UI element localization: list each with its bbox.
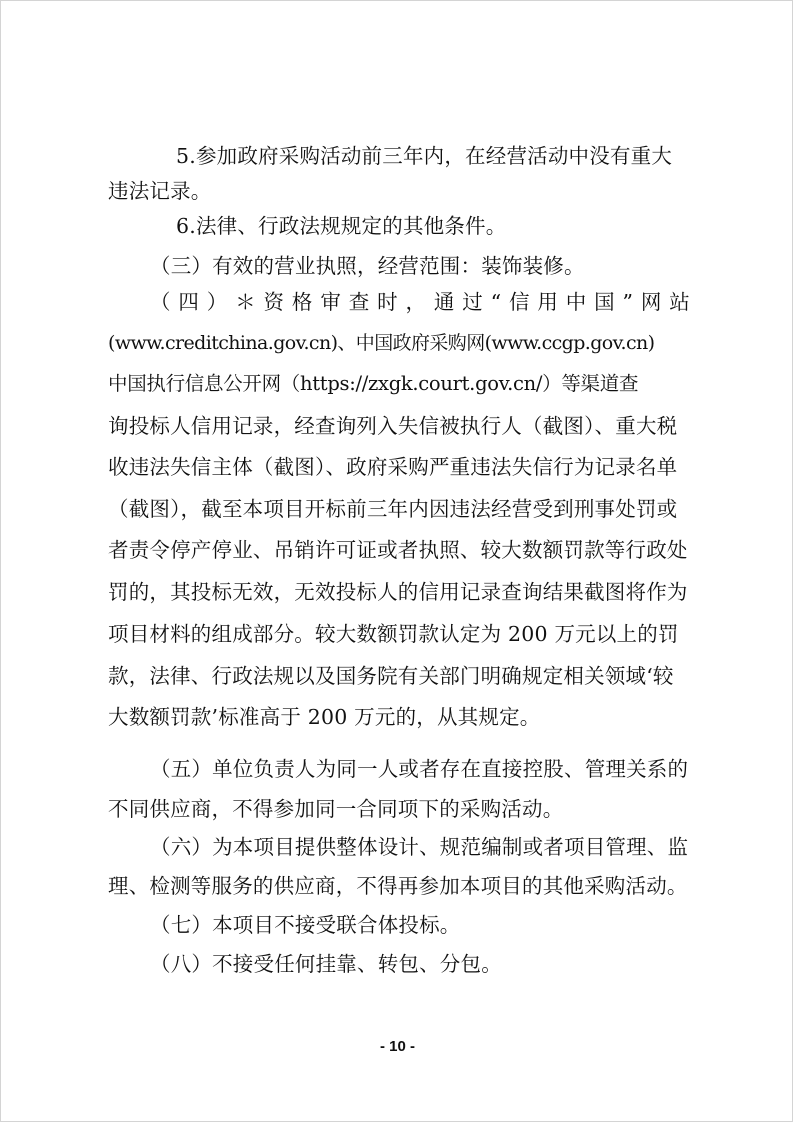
text-line-4: （三）有效的营业执照，经营范围：装饰装修。 — [150, 252, 690, 280]
text-line-8: 询投标人信用记录，经查询列入失信被执行人（截图）、重大税 — [108, 412, 690, 440]
text-line-19: 理、检测等服务的供应商，不得再参加本项目的其他采购活动。 — [108, 872, 690, 900]
text-line-16: （五）单位负责人为同一人或者存在直接控股、管理关系的 — [150, 755, 690, 783]
text-line-15: 大数额罚款’标准高于 200 万元的，从其规定。 — [108, 703, 690, 731]
text-line-5: （四）＊资格审查时，通过“信用中国”网站 — [150, 288, 690, 316]
text-line-18: （六）为本项目提供整体设计、规范编制或者项目管理、监 — [150, 833, 690, 861]
text-line-10: （截图），截至本项目开标前三年内因违法经营受到刑事处罚或 — [108, 495, 690, 523]
text-line-21: （八）不接受任何挂靠、转包、分包。 — [150, 950, 690, 978]
text-line-7: 中国执行信息公开网（https://zxgk.court.gov.cn/）等渠道… — [108, 370, 690, 398]
text-line-17: 不同供应商，不得参加同一合同项下的采购活动。 — [108, 795, 690, 823]
page-number: - 10 - — [1, 1038, 793, 1055]
text-line-11: 者责令停产停业、吊销许可证或者执照、较大数额罚款等行政处 — [108, 536, 690, 564]
text-line-13: 项目材料的组成部分。较大数额罚款认定为 200 万元以上的罚 — [108, 620, 690, 648]
text-line-12: 罚的，其投标无效，无效投标人的信用记录查询结果截图将作为 — [108, 578, 690, 606]
text-line-1: 5.参加政府采购活动前三年内，在经营活动中没有重大 — [176, 142, 690, 170]
text-line-14: 款，法律、行政法规以及国务院有关部门明确规定相关领域‘较 — [108, 662, 690, 690]
text-line-3: 6.法律、行政法规规定的其他条件。 — [176, 212, 690, 240]
text-line-2: 违法记录。 — [108, 177, 690, 205]
text-line-20: （七）本项目不接受联合体投标。 — [150, 911, 690, 939]
text-line-6: (www.creditchina.gov.cn)、中国政府采购网(www.ccg… — [108, 329, 690, 357]
document-page: 5.参加政府采购活动前三年内，在经营活动中没有重大 违法记录。 6.法律、行政法… — [0, 0, 793, 1122]
text-line-9: 收违法失信主体（截图）、政府采购严重违法失信行为记录名单 — [108, 453, 690, 481]
